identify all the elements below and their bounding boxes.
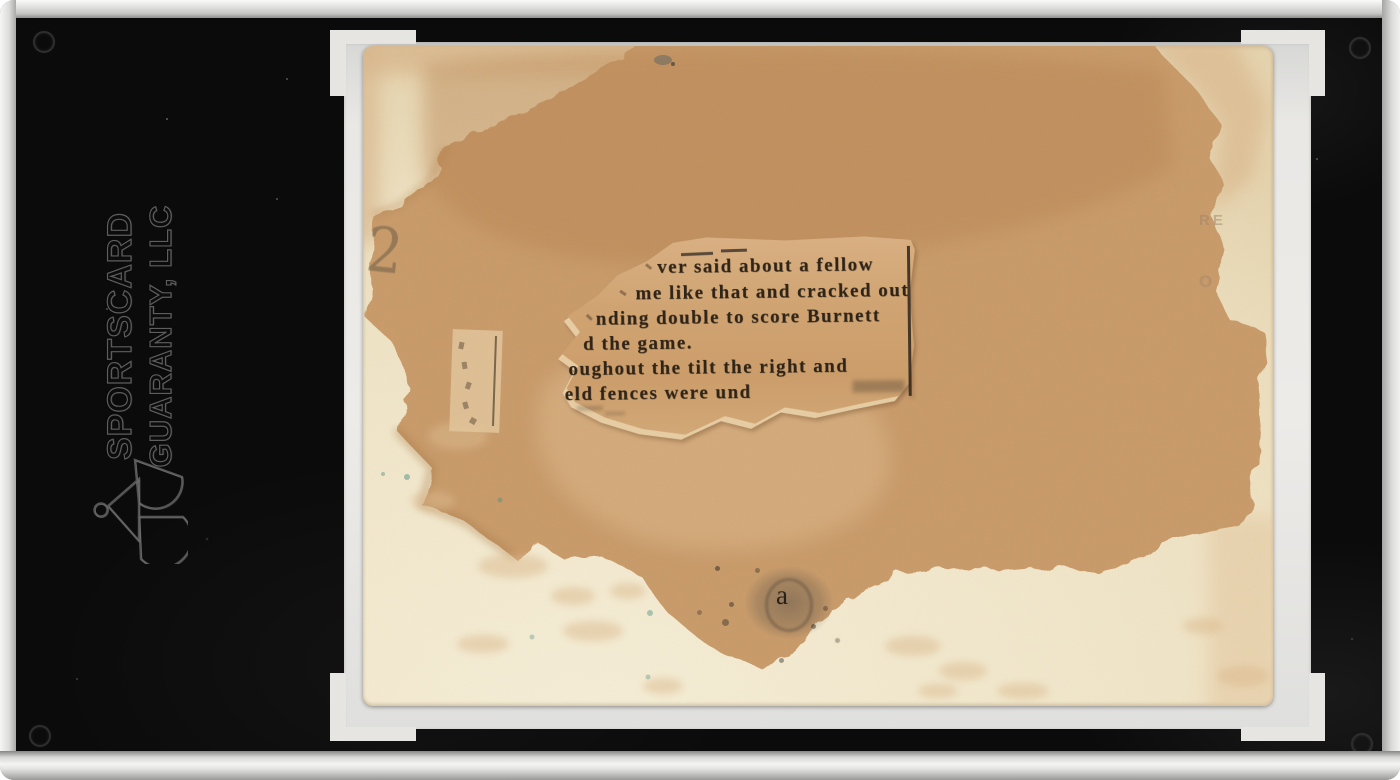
- graded-card-slab: SPORTSCARD GUARANTY, LLC: [0, 0, 1400, 780]
- ink-stamp-smudge: a: [741, 564, 837, 650]
- slab-shell-edge-top: [0, 0, 1400, 18]
- window-corner-notch: [330, 30, 346, 96]
- faint-stamp-text: RE: [1199, 212, 1226, 229]
- sonic-weld-mark: [33, 31, 55, 53]
- brand-name-line2: GUARANTY, LLC: [143, 205, 179, 468]
- stamp-letter: a: [776, 580, 788, 611]
- clipping-text-line: oughout the tilt the right and: [568, 356, 848, 381]
- window-corner-notch: [1309, 30, 1325, 96]
- slab-shell-edge-bottom: [0, 751, 1400, 780]
- card-back: 2 ver said about a fellow me like that a…: [363, 46, 1273, 706]
- faded-ink-smudge: [605, 411, 625, 415]
- window-corner-notch: [1309, 673, 1325, 739]
- sonic-weld-mark: [29, 725, 51, 747]
- slab-shell-edge-right: [1382, 0, 1400, 780]
- brand-name-line1: SPORTSCARD: [101, 212, 140, 460]
- newspaper-clipping: ver said about a fellow me like that and…: [555, 234, 921, 438]
- pencil-number-mark: 2: [363, 212, 407, 288]
- sonic-weld-mark: [1349, 37, 1371, 59]
- clipping-text-line: ver said about a fellow: [657, 254, 874, 279]
- ink-specks: [715, 566, 720, 571]
- window-corner-notch: [330, 673, 346, 739]
- dust-specks: [166, 118, 168, 120]
- clipping-text-line: nding double to score Burnett: [596, 305, 881, 330]
- faded-ink-smudge: [577, 406, 603, 411]
- clipping-text-line: me like that and cracked out: [635, 280, 909, 305]
- clipping-text-line: d the game.: [583, 333, 693, 356]
- faded-ink-smudge: [853, 380, 905, 393]
- faint-stamp-text: O: [1199, 272, 1212, 292]
- slab-shell-edge-left: [0, 0, 16, 780]
- clipping-text-line: eld fences were und: [565, 382, 752, 406]
- balance-scales-icon: [90, 456, 188, 564]
- ink-stamp-ring: [765, 578, 813, 632]
- grader-brand-emboss: SPORTSCARD GUARANTY, LLC: [92, 216, 188, 456]
